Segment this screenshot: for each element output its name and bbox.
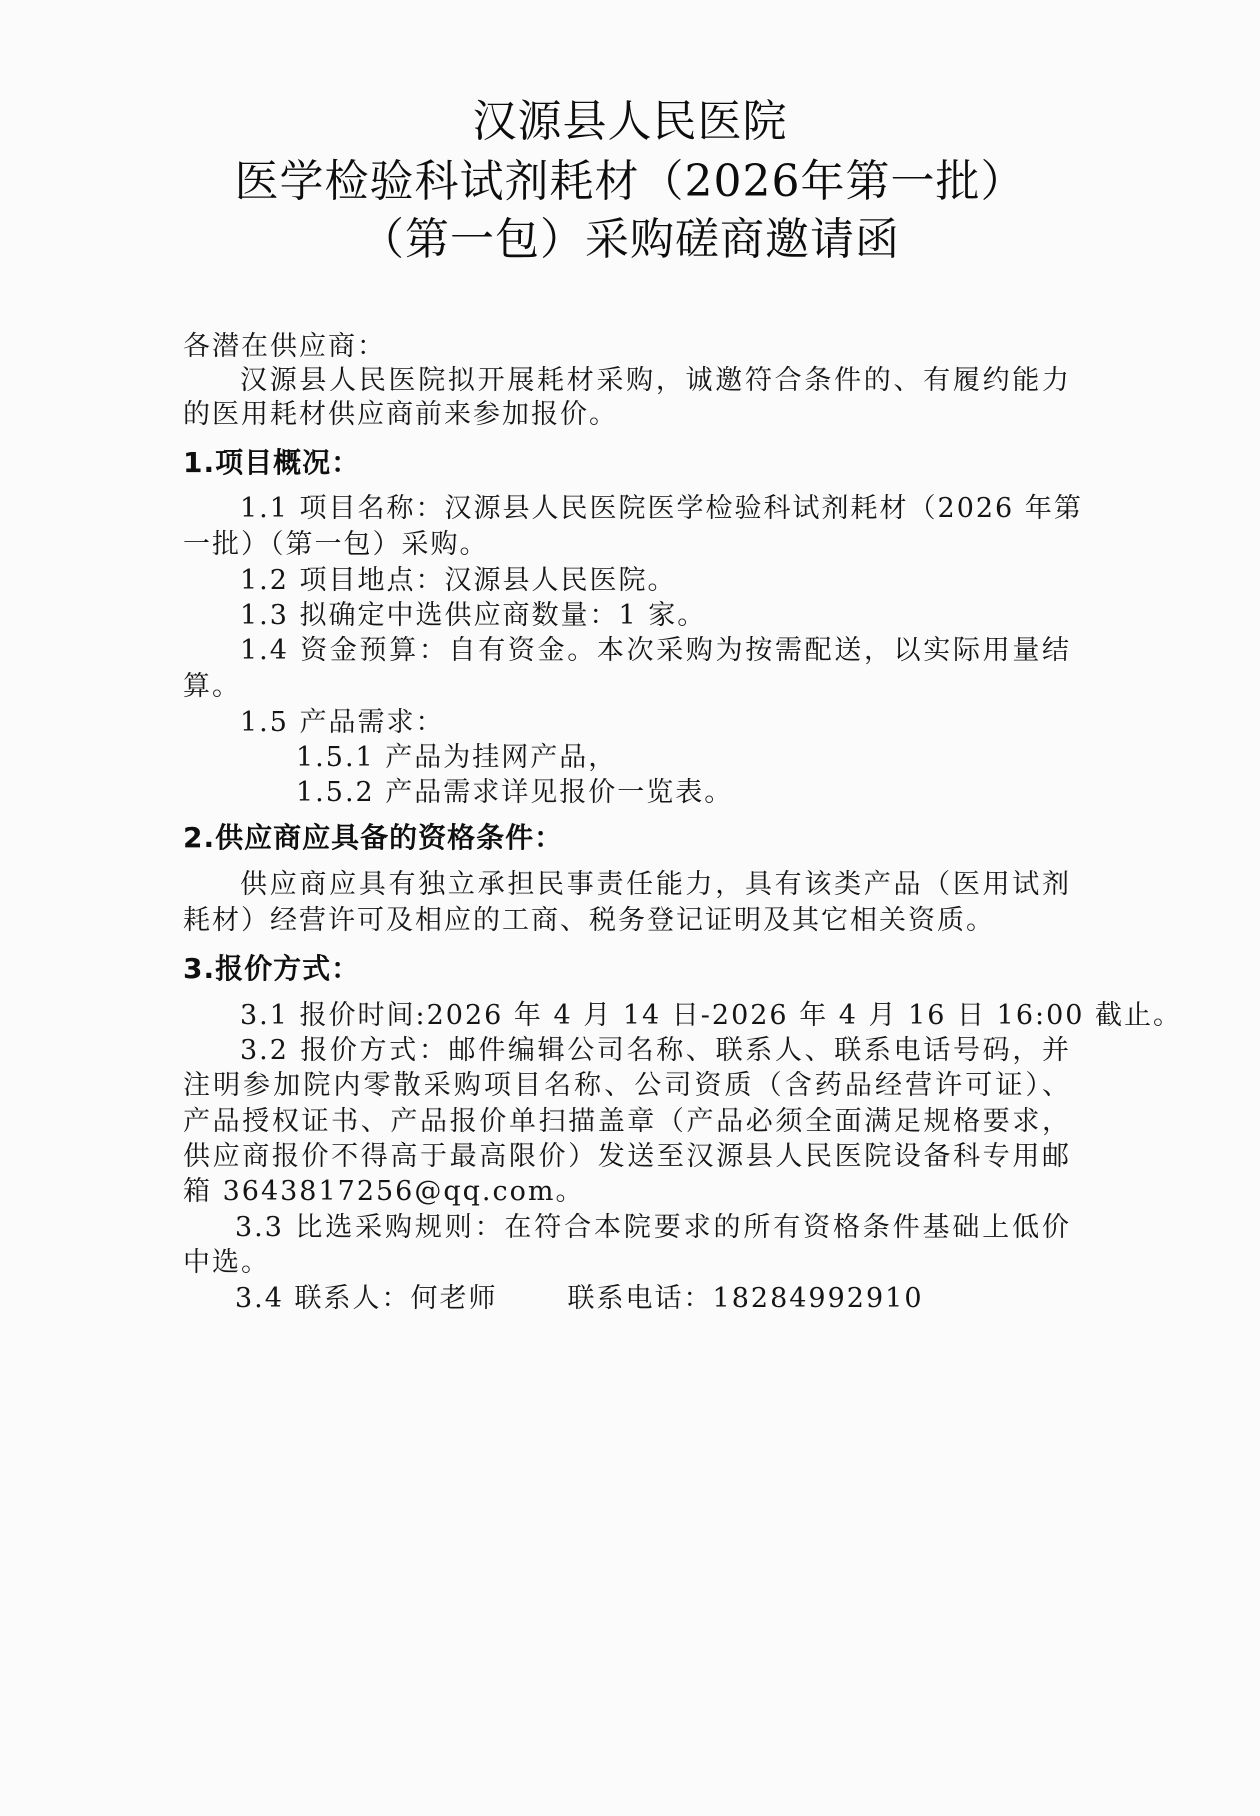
item-1-4-line-1: 1.4 资金预算：自有资金。本次采购为按需配送，以实际用量结 <box>240 634 1071 668</box>
item-3-2-line-1: 3.2 报价方式：邮件编辑公司名称、联系人、联系电话号码，并 <box>240 1034 1071 1068</box>
title-line-invitation: （第一包）采购磋商邀请函 <box>0 214 1260 266</box>
item-1-5-2: 1.5.2 产品需求详见报价一览表。 <box>296 776 733 810</box>
item-3-4-contact: 3.4 联系人：何老师联系电话：18284992910 <box>235 1282 924 1316</box>
item-1-1-line-2: 一批）（第一包）采购。 <box>183 528 489 562</box>
title-line-hospital: 汉源县人民医院 <box>0 96 1260 148</box>
item-1-3: 1.3 拟确定中选供应商数量：1 家。 <box>240 599 706 633</box>
document-page: 汉源县人民医院 医学检验科试剂耗材（2026年第一批） （第一包）采购磋商邀请函… <box>0 0 1260 1816</box>
contact-person: 3.4 联系人：何老师 <box>235 1283 498 1314</box>
section-heading-overview: 1.项目概况： <box>183 446 360 480</box>
item-1-1-line-1: 1.1 项目名称：汉源县人民医院医学检验科试剂耗材（2026 年第 <box>240 492 1071 526</box>
item-3-2-line-4: 供应商报价不得高于最高限价）发送至汉源县人民医院设备科专用邮 <box>183 1140 1071 1174</box>
contact-phone: 联系电话：18284992910 <box>568 1283 924 1314</box>
item-3-3-line-2: 中选。 <box>183 1246 270 1280</box>
intro-line-1: 汉源县人民医院拟开展耗材采购，诚邀符合条件的、有履约能力 <box>240 364 1071 398</box>
item-3-2-line-3: 产品授权证书、产品报价单扫描盖章（产品必须全面满足规格要求， <box>183 1105 1071 1139</box>
item-1-2: 1.2 项目地点：汉源县人民医院。 <box>240 564 677 598</box>
item-1-5-1: 1.5.1 产品为挂网产品， <box>296 741 617 775</box>
salutation: 各潜在供应商： <box>183 330 386 364</box>
intro-line-2: 的医用耗材供应商前来参加报价。 <box>183 398 618 432</box>
section-heading-qualifications: 2.供应商应具备的资格条件： <box>183 821 563 855</box>
item-1-5: 1.5 产品需求： <box>240 706 445 740</box>
contact-email: 箱 3643817256@qq.com。 <box>183 1175 585 1209</box>
item-3-2-line-2: 注明参加院内零散采购项目名称、公司资质（含药品经营许可证）、 <box>183 1069 1071 1103</box>
qualification-line-1: 供应商应具有独立承担民事责任能力，具有该类产品（医用试剂 <box>240 868 1071 902</box>
item-1-4-line-2: 算。 <box>183 670 241 704</box>
item-3-3-line-1: 3.3 比选采购规则：在符合本院要求的所有资格条件基础上低价 <box>235 1211 1071 1245</box>
item-3-1: 3.1 报价时间:2026 年 4 月 14 日-2026 年 4 月 16 日… <box>240 999 1182 1033</box>
qualification-line-2: 耗材）经营许可及相应的工商、税务登记证明及其它相关资质。 <box>183 904 995 938</box>
section-heading-quotation: 3.报价方式： <box>183 952 360 986</box>
title-line-project: 医学检验科试剂耗材（2026年第一批） <box>0 156 1260 208</box>
